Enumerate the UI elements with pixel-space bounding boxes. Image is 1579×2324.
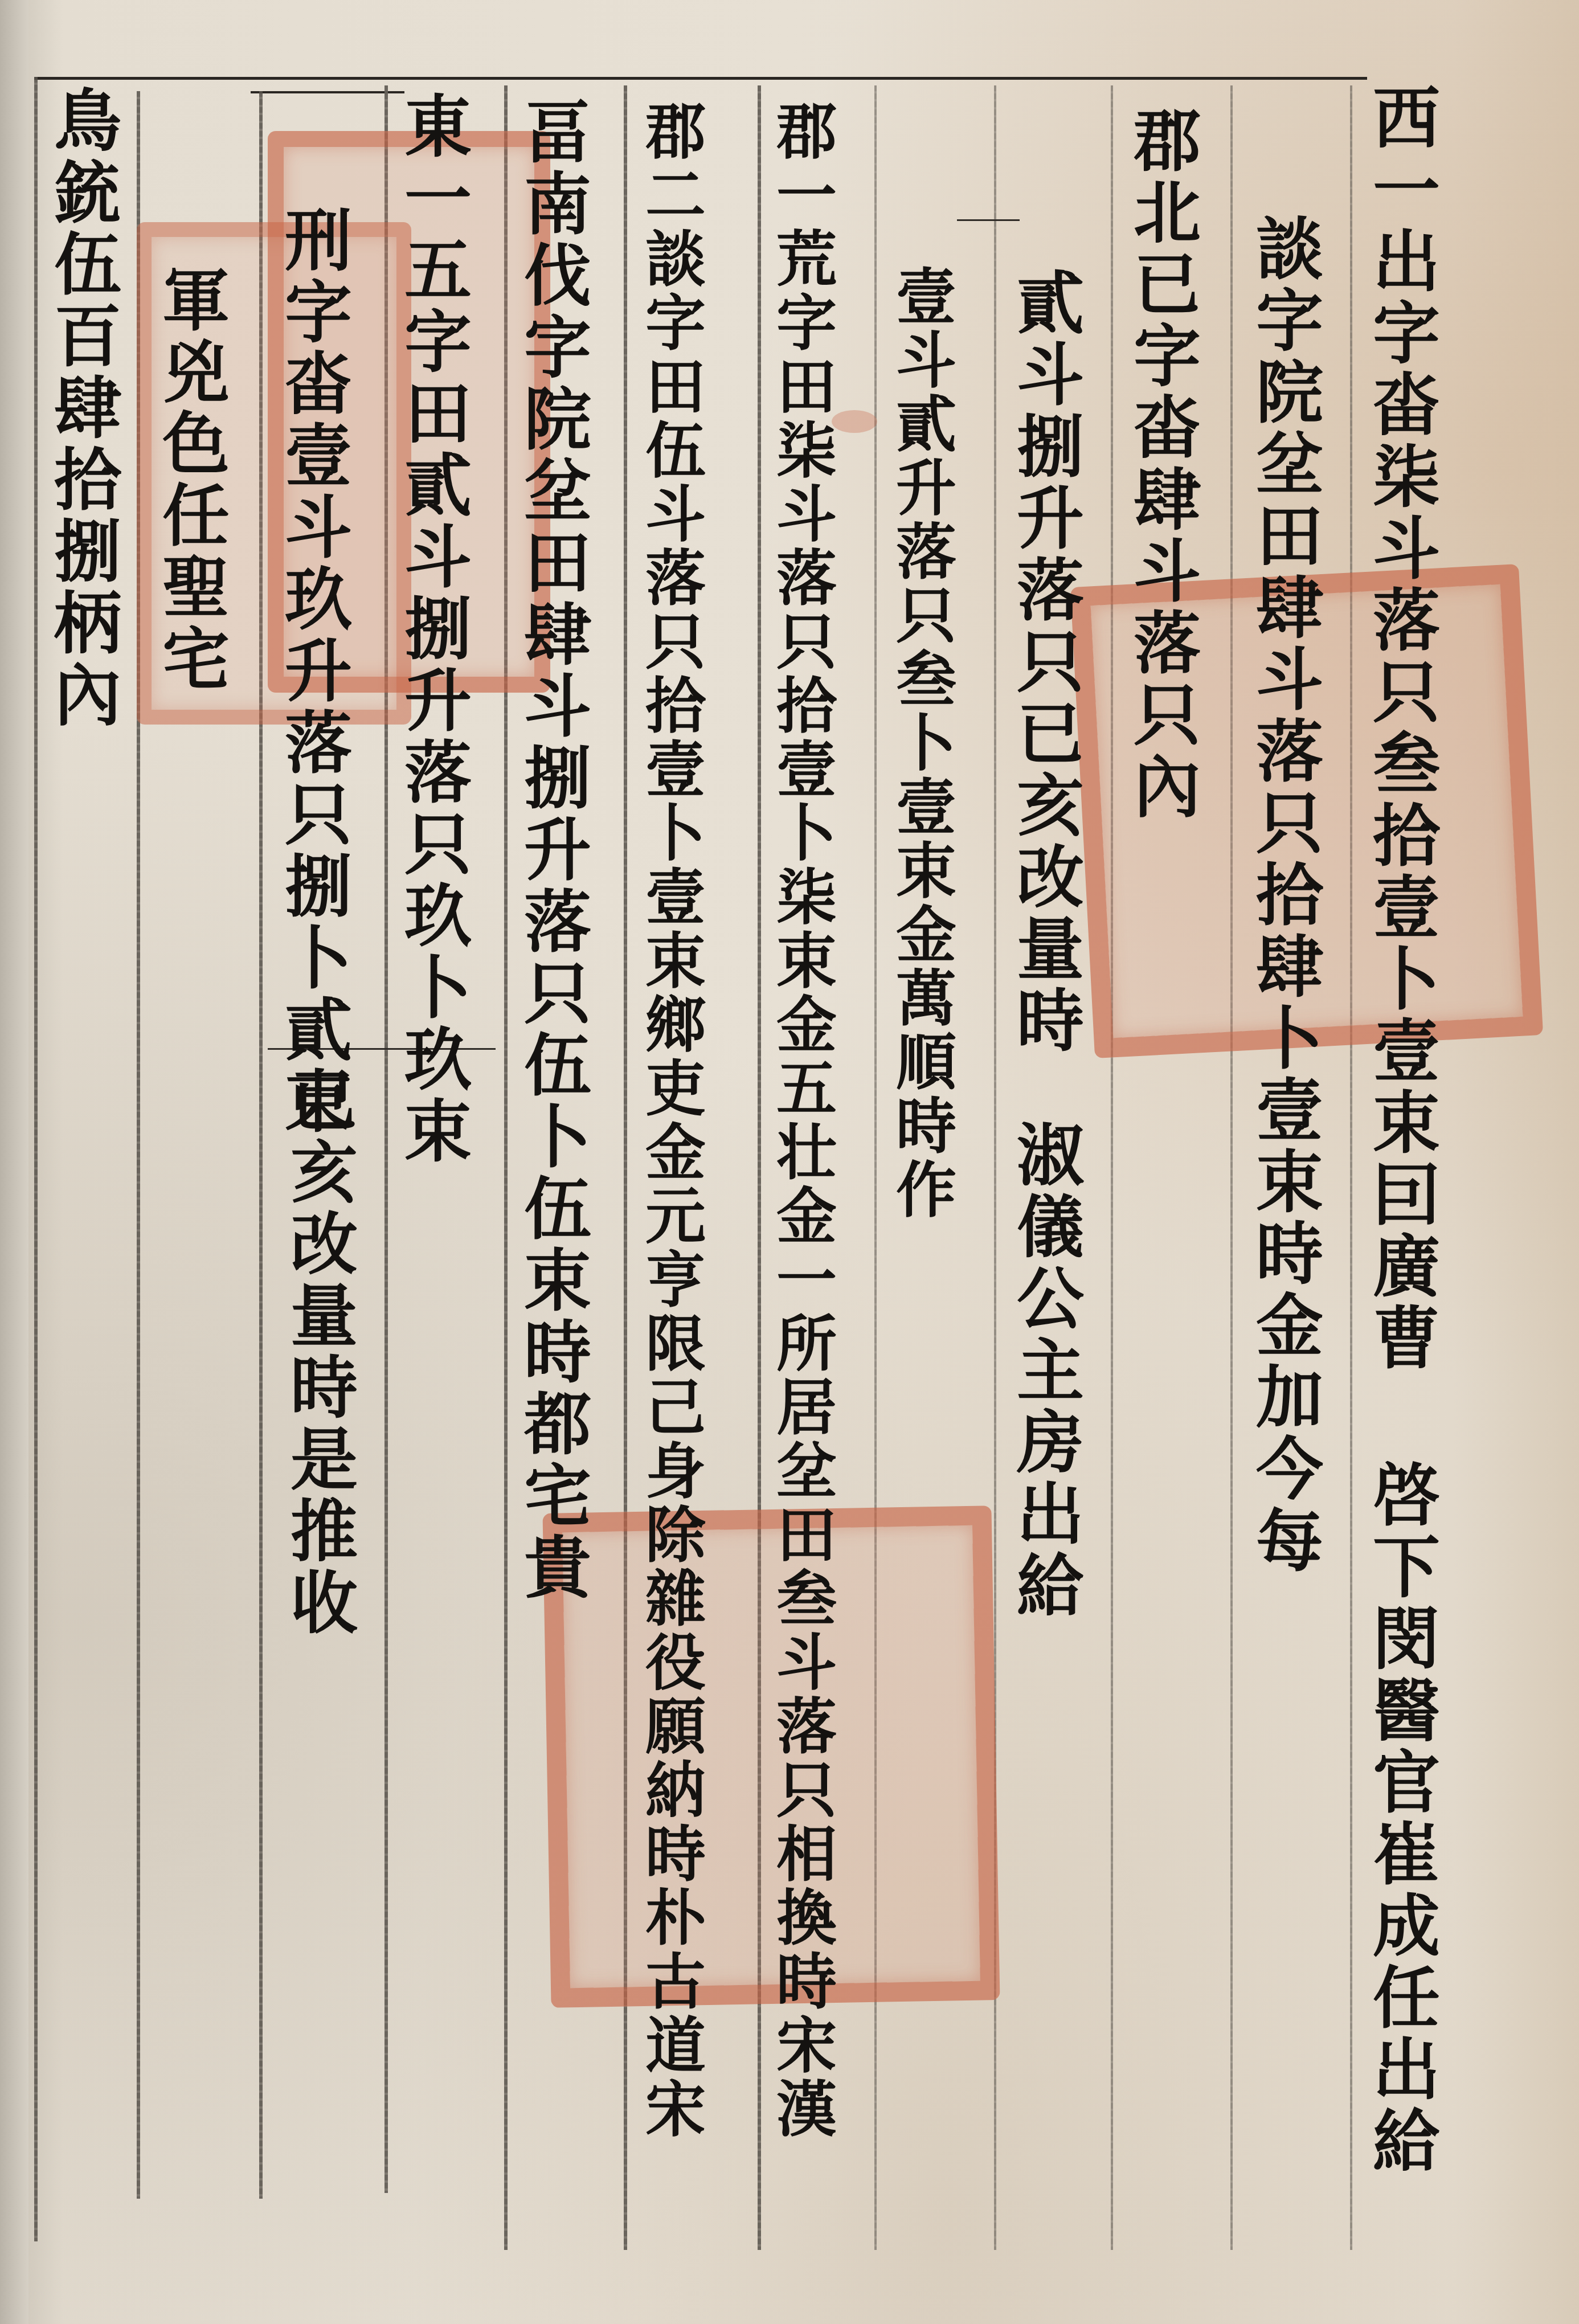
column-text: 郡一荒字田柒斗落只拾壹卜柒束金五壮金一所居坌田叁斗落只相換時宋漢: [767, 100, 838, 2141]
column-text: 西一出字畓柒斗落只叁拾壹卜壹束囙廣曹: [1361, 83, 1441, 1374]
column-text: 壹斗貳升落只叁卜壹束金萬順時作: [886, 265, 958, 1222]
column-text: 啓下閔醫官崔成任出給: [1361, 1460, 1441, 2178]
text-column-6: 郡一荒字田柒斗落只拾壹卜柒束金五壮金一所居坌田叁斗落只相換時宋漢: [772, 100, 832, 2141]
text-column-12: 鳥銃伍百肆拾捌柄內: [48, 85, 116, 731]
page-edge: [0, 0, 28, 2324]
document-page: 西一出字畓柒斗落只叁拾壹卜壹束囙廣曹啓下閔醫官崔成任出給 談字院坌田肆斗落只拾肆…: [0, 0, 1579, 2324]
column-text: 軍兇色任聖宅: [151, 265, 230, 695]
text-column-11: 軍兇色任聖宅: [157, 265, 224, 695]
column-text: 鳥銃伍百肆拾捌柄內: [43, 85, 122, 731]
text-column-1: 西一出字畓柒斗落只叁拾壹卜壹束囙廣曹啓下閔醫官崔成任出給: [1367, 83, 1434, 2178]
column-text: 畐南伐字院坌田肆斗捌升落只伍卜伍束時都宅貴: [513, 97, 592, 1604]
column-text: 東一五字田貳斗捌升落只玖卜玖束: [393, 91, 472, 1168]
text-column-5: 壹斗貳升落只叁卜壹束金萬順時作: [891, 265, 952, 1222]
column-rule: [1230, 85, 1233, 2250]
seal-stain: [832, 410, 877, 433]
column-text: 談字院坌田肆斗落只拾肆卜壹束時金加今每: [1245, 214, 1324, 1577]
text-column-7: 郡二談字田伍斗落只拾壹卜壹束鄉吏金元亨限己身除雜役願納時朴古道宋: [641, 100, 701, 2141]
column-rule: [34, 77, 38, 2241]
column-rule: [1350, 85, 1352, 2250]
text-column-8: 畐南伐字院坌田肆斗捌升落只伍卜伍束時都宅貴: [518, 97, 586, 1604]
column-text: 郡二談字田伍斗落只拾壹卜壹束鄉吏金元亨限己身除雜役願納時朴古道宋: [636, 100, 707, 2141]
text-column-2: 談字院坌田肆斗落只拾肆卜壹束時金加今每: [1250, 214, 1318, 1577]
column-text: 貳斗捌升落只已亥改量時: [1005, 268, 1085, 1057]
column-rule: [1111, 85, 1113, 2250]
column-text: 刑字畓壹斗玖升落只捌卜貳束: [273, 205, 353, 1138]
entry-separator: [957, 219, 1020, 221]
top-border-rule-short: [251, 91, 404, 93]
text-column-4: 貳斗捌升落只已亥改量時淑儀公主房出給: [1011, 268, 1078, 1622]
text-column-10b: 已亥改量時是推收: [285, 1065, 352, 1639]
text-column-3: 郡北已字畓肆斗落只內: [1128, 105, 1195, 823]
text-column-10: 刑字畓壹斗玖升落只捌卜貳束: [279, 205, 346, 1138]
top-border-rule: [34, 77, 1367, 80]
column-text: 已亥改量時是推收: [279, 1065, 358, 1639]
column-text: 淑儀公主房出給: [1005, 1120, 1085, 1622]
column-text: 郡北已字畓肆斗落只內: [1122, 105, 1201, 823]
text-column-9: 東一五字田貳斗捌升落只玖卜玖束: [399, 91, 466, 1168]
